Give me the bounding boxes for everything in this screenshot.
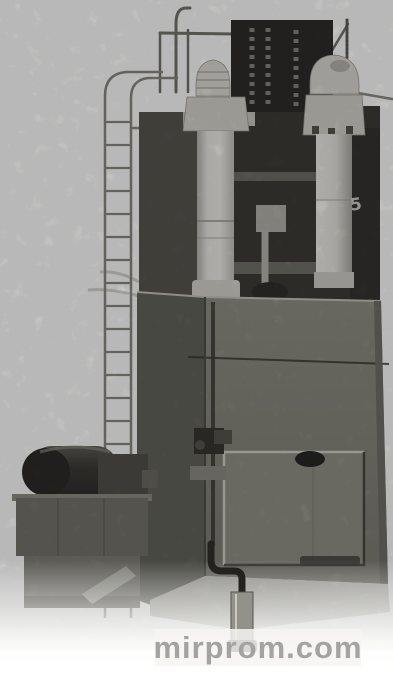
photo-canvas: 5: [0, 0, 393, 700]
watermark: mirprom.com: [153, 629, 362, 666]
machine-photo: 5: [0, 0, 393, 700]
photo-page: 5: [0, 0, 393, 700]
film-grain: [0, 0, 393, 650]
watermark-text: mirprom.com: [153, 630, 362, 665]
